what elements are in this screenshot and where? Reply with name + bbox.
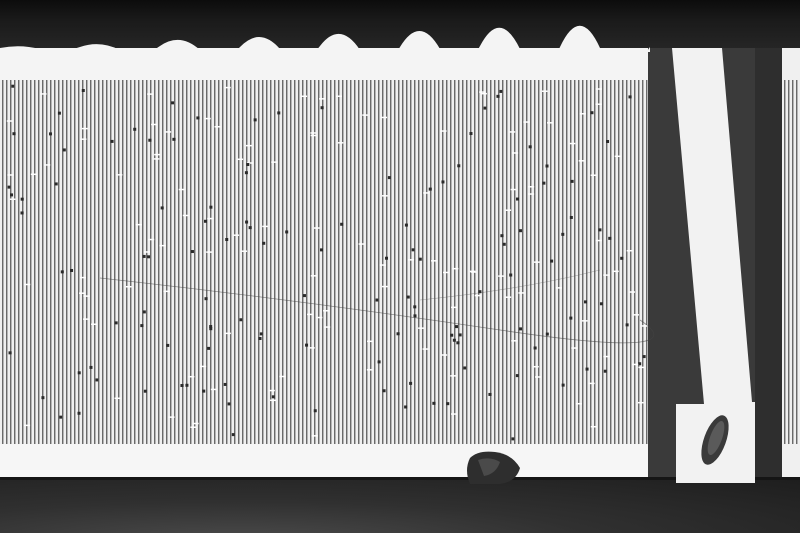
overlay-shapes [0,0,800,533]
scratch-line [100,278,654,343]
micrograph-scene [0,0,800,533]
rough-edge [0,26,650,70]
slanted-white-electrode [672,48,755,483]
defect-dots [7,85,648,441]
